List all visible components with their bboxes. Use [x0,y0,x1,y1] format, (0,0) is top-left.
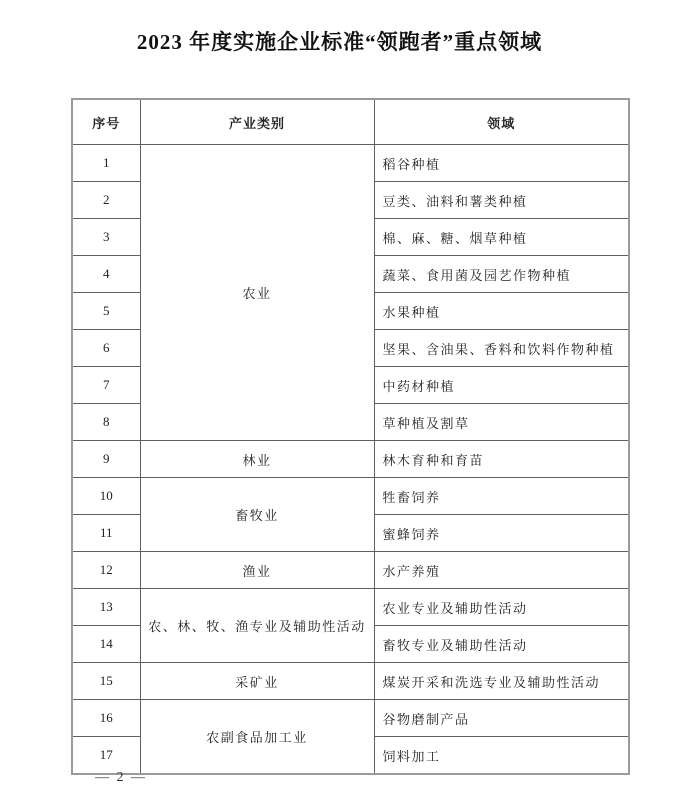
field-cell: 中药材种植 [374,367,629,404]
field-cell: 畜牧专业及辅助性活动 [374,626,629,663]
field-cell: 水果种植 [374,293,629,330]
serial-number-cell: 17 [72,737,140,775]
field-cell: 稻谷种植 [374,145,629,182]
serial-number-cell: 4 [72,256,140,293]
field-cell: 豆类、油料和薯类种植 [374,182,629,219]
field-cell: 坚果、含油果、香料和饮料作物种植 [374,330,629,367]
field-cell: 谷物磨制产品 [374,700,629,737]
field-cell: 煤炭开采和洗选专业及辅助性活动 [374,663,629,700]
serial-number-cell: 12 [72,552,140,589]
col-header-industry-category: 产业类别 [140,99,374,145]
industry-category-cell: 畜牧业 [140,478,374,552]
serial-number-cell: 6 [72,330,140,367]
industry-category-cell: 林业 [140,441,374,478]
field-cell: 饲料加工 [374,737,629,775]
col-header-serial-number: 序号 [72,99,140,145]
document-page: 2023 年度实施企业标准“领跑者”重点领域 序号 产业类别 领域 1农业稻谷种… [0,0,679,810]
table-body: 1农业稻谷种植2豆类、油料和薯类种植3棉、麻、糖、烟草种植4蔬菜、食用菌及园艺作… [72,145,629,775]
table-row: 1农业稻谷种植 [72,145,629,182]
field-cell: 蜜蜂饲养 [374,515,629,552]
industry-category-cell: 农、林、牧、渔专业及辅助性活动 [140,589,374,663]
key-areas-table: 序号 产业类别 领域 1农业稻谷种植2豆类、油料和薯类种植3棉、麻、糖、烟草种植… [71,98,630,775]
serial-number-cell: 14 [72,626,140,663]
industry-category-cell: 农业 [140,145,374,441]
page-number: — 2 — [95,770,147,786]
document-title: 2023 年度实施企业标准“领跑者”重点领域 [0,26,679,56]
table-row: 16农副食品加工业谷物磨制产品 [72,700,629,737]
serial-number-cell: 10 [72,478,140,515]
serial-number-cell: 3 [72,219,140,256]
field-cell: 蔬菜、食用菌及园艺作物种植 [374,256,629,293]
table-row: 9林业林木育种和育苗 [72,441,629,478]
table-row: 10畜牧业牲畜饲养 [72,478,629,515]
industry-category-cell: 渔业 [140,552,374,589]
table-header-row: 序号 产业类别 领域 [72,99,629,145]
field-cell: 草种植及割草 [374,404,629,441]
table-row: 12渔业水产养殖 [72,552,629,589]
field-cell: 棉、麻、糖、烟草种植 [374,219,629,256]
serial-number-cell: 13 [72,589,140,626]
industry-category-cell: 采矿业 [140,663,374,700]
serial-number-cell: 9 [72,441,140,478]
serial-number-cell: 5 [72,293,140,330]
field-cell: 牲畜饲养 [374,478,629,515]
field-cell: 林木育种和育苗 [374,441,629,478]
serial-number-cell: 2 [72,182,140,219]
serial-number-cell: 7 [72,367,140,404]
col-header-field: 领域 [374,99,629,145]
field-cell: 农业专业及辅助性活动 [374,589,629,626]
table-row: 15采矿业煤炭开采和洗选专业及辅助性活动 [72,663,629,700]
serial-number-cell: 16 [72,700,140,737]
table-row: 13农、林、牧、渔专业及辅助性活动农业专业及辅助性活动 [72,589,629,626]
serial-number-cell: 11 [72,515,140,552]
field-cell: 水产养殖 [374,552,629,589]
serial-number-cell: 1 [72,145,140,182]
serial-number-cell: 15 [72,663,140,700]
serial-number-cell: 8 [72,404,140,441]
industry-category-cell: 农副食品加工业 [140,700,374,775]
